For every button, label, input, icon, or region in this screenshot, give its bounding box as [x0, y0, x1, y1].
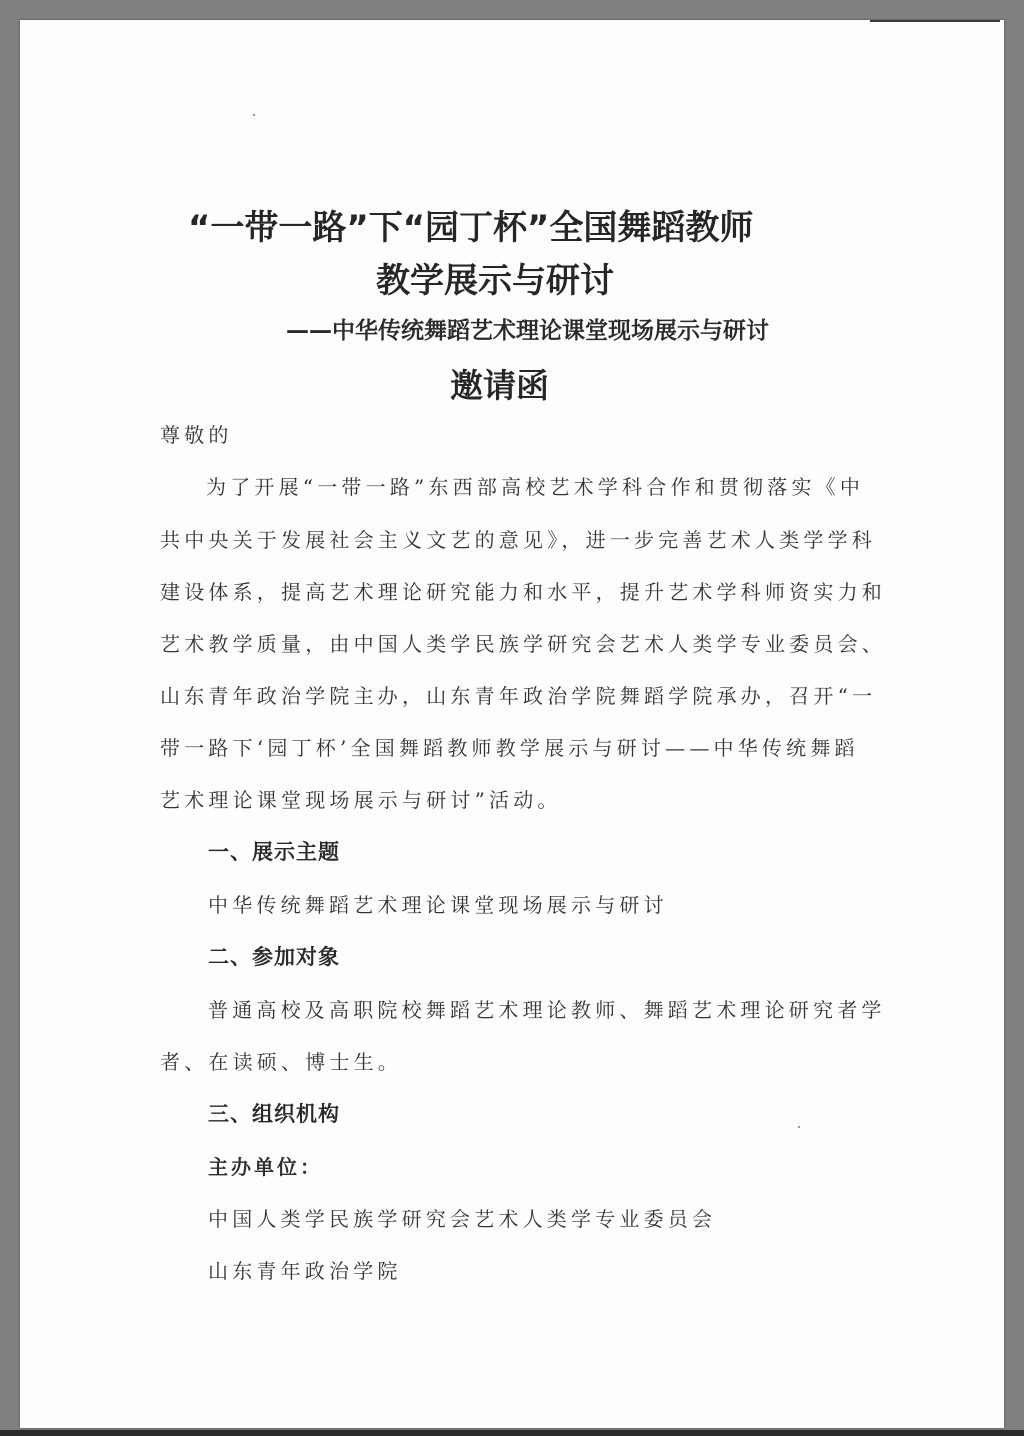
intro-line: 共中央关于发展社会主义文艺的意见》，进一步完善艺术人类学学科: [160, 524, 876, 553]
document-title-line-2: 教学展示与研讨: [376, 253, 614, 302]
intro-line: 为了开展“一带一路”东西部高校艺术学科合作和贯彻落实《中: [206, 471, 864, 500]
section-text: 普通高校及高职院校舞蹈艺术理论教师、舞蹈艺术理论研究者学: [208, 994, 886, 1023]
intro-line: 艺术理论课堂现场展示与研讨”活动。: [160, 784, 562, 813]
invitation-title: 邀请函: [450, 360, 549, 407]
salutation: 尊敬的: [160, 419, 233, 448]
intro-line: 带一路下‘园丁杯’全国舞蹈教师教学展示与研讨——中华传统舞蹈: [160, 732, 859, 761]
page-edge-shadow: [870, 20, 1000, 22]
host-unit-name: 中国人类学民族学研究会艺术人类学专业委员会: [208, 1203, 716, 1232]
scan-speck: [798, 1126, 800, 1128]
intro-line: 艺术教学质量，由中国人类学民族学研究会艺术人类学专业委员会、: [160, 628, 886, 657]
intro-line: 山东青年政治学院主办，山东青年政治学院舞蹈学院承办，召开“一: [160, 680, 876, 709]
document-title-line-1: “一带一路”下“园丁杯”全国舞蹈教师: [188, 200, 753, 249]
section-heading-theme: 一、展示主题: [208, 836, 340, 866]
host-unit-name: 山东青年政治学院: [208, 1255, 402, 1284]
section-heading-organization: 三、组织机构: [208, 1098, 340, 1128]
document-page: “一带一路”下“园丁杯”全国舞蹈教师 教学展示与研讨 ——中华传统舞蹈艺术理论课…: [20, 20, 1004, 1428]
section-heading-participants: 二、参加对象: [208, 941, 340, 971]
host-unit-label: 主办单位：: [208, 1151, 323, 1180]
scanner-bottom-edge: [0, 1430, 1024, 1436]
intro-line: 建设体系，提高艺术理论研究能力和水平，提升艺术学科师资实力和: [160, 576, 886, 605]
scan-speck: [253, 114, 255, 116]
document-subtitle: ——中华传统舞蹈艺术理论课堂现场展示与研讨: [286, 312, 769, 345]
section-text: 者、在读硕、博士生。: [160, 1046, 402, 1075]
section-text: 中华传统舞蹈艺术理论课堂现场展示与研讨: [208, 889, 668, 918]
